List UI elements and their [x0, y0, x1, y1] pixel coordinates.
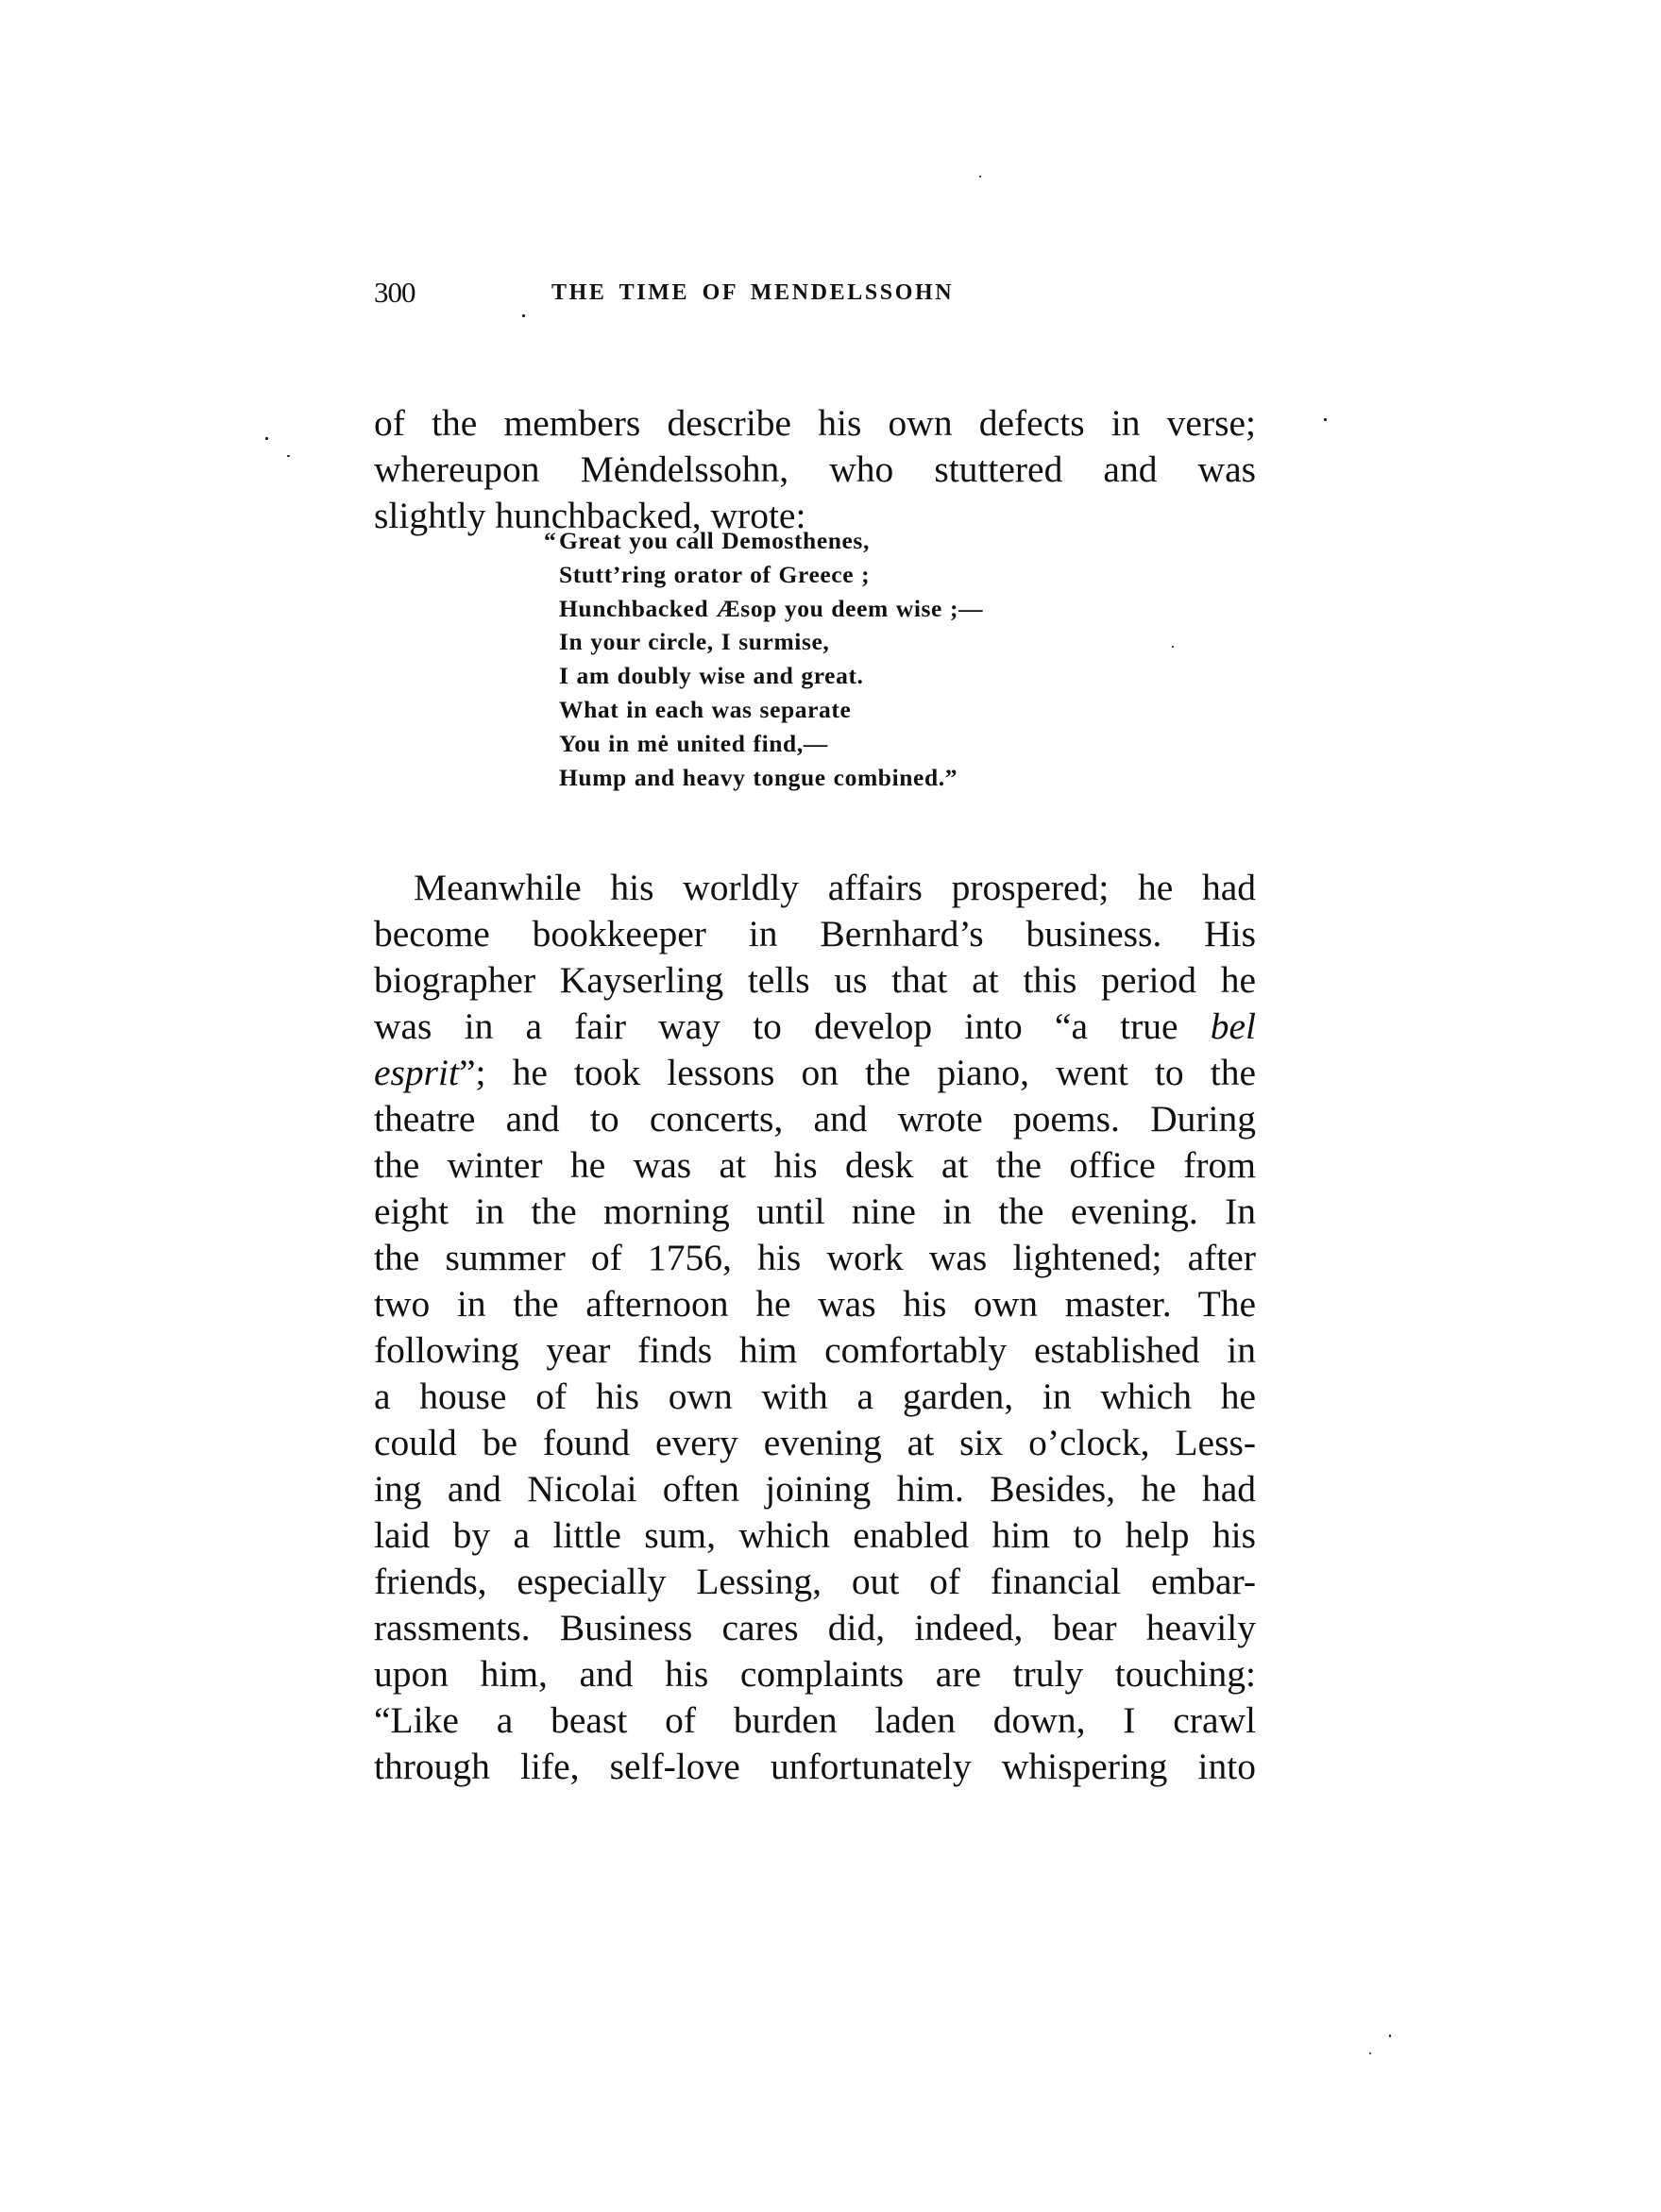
- text-line: whereupon Mėndelssohn, who stuttered and…: [374, 447, 1256, 493]
- opening-quote-mark: “: [544, 524, 556, 558]
- text-line: of the members describe his own defects …: [374, 400, 1256, 447]
- text-line: “Like a beast of burden laden down, I cr…: [374, 1697, 1256, 1744]
- italic-phrase: bel: [1211, 1005, 1256, 1047]
- text-line: esprit”; he took lessons on the piano, w…: [374, 1050, 1256, 1096]
- paragraph-continuation: of the members describe his own defects …: [374, 400, 1256, 539]
- scan-speck: [1389, 2035, 1391, 2037]
- text-line: two in the afternoon he was his own mast…: [374, 1281, 1256, 1327]
- poem-verse: Hump and heavy tongue combined.”: [559, 761, 983, 795]
- text-run: was in a fair way to develop into “a tru…: [374, 1005, 1211, 1047]
- scan-speck: [979, 176, 981, 177]
- poem-block: “ Great you call Demosthenes, Stutt’ring…: [559, 524, 983, 794]
- text-run: ”; he took lessons on the piano, went to…: [459, 1052, 1256, 1093]
- poem-verse: Great you call Demosthenes,: [559, 524, 983, 558]
- text-line: eight in the morning until nine in the e…: [374, 1189, 1256, 1235]
- text-line: laid by a little sum, which enabled him …: [374, 1512, 1256, 1559]
- text-line: was in a fair way to develop into “a tru…: [374, 1004, 1256, 1050]
- scan-speck: [1369, 2052, 1371, 2054]
- poem-verse: In your circle, I surmise,: [559, 625, 983, 659]
- text-line: the winter he was at his desk at the off…: [374, 1142, 1256, 1189]
- text-line: become bookkeeper in Bernhard’s business…: [374, 911, 1256, 957]
- italic-phrase: esprit: [374, 1052, 459, 1093]
- text-line: biographer Kayserling tells us that at t…: [374, 957, 1256, 1004]
- text-line: ing and Nicolai often joining him. Besid…: [374, 1466, 1256, 1512]
- running-title: THE TIME OF MENDELSSOHN: [551, 276, 954, 310]
- text-line: Meanwhile his worldly affairs prospered;…: [374, 865, 1256, 911]
- poem-verse: I am doubly wise and great.: [559, 659, 983, 693]
- poem-verse: What in each was separate: [559, 693, 983, 727]
- running-header: 300 THE TIME OF MENDELSSOHN: [374, 274, 1092, 312]
- book-page: 300 THE TIME OF MENDELSSOHN of the membe…: [0, 0, 1661, 2212]
- text-line: a house of his own with a garden, in whi…: [374, 1374, 1256, 1420]
- text-line: upon him, and his complaints are truly t…: [374, 1651, 1256, 1697]
- text-line: theatre and to concerts, and wrote poems…: [374, 1096, 1256, 1142]
- scan-speck: [265, 437, 268, 440]
- scan-speck: [1172, 646, 1174, 648]
- text-line: friends, especially Lessing, out of fina…: [374, 1559, 1256, 1605]
- text-line: rassments. Business cares did, indeed, b…: [374, 1605, 1256, 1651]
- text-line: could be found every evening at six o’cl…: [374, 1420, 1256, 1466]
- paragraph: Meanwhile his worldly affairs prospered;…: [374, 865, 1256, 1790]
- text-line: the summer of 1756, his work was lighten…: [374, 1235, 1256, 1281]
- poem-verse: You in mė united find,—: [559, 727, 983, 761]
- scan-speck: [1324, 418, 1327, 421]
- page-number: 300: [374, 274, 415, 312]
- scan-speck: [287, 455, 290, 457]
- poem-verse: Hunchbacked Æsop you deem wise ;—: [559, 592, 983, 626]
- text-line: through life, self-love unfortunately wh…: [374, 1744, 1256, 1790]
- poem-verse: Stutt’ring orator of Greece ;: [559, 558, 983, 592]
- text-line: following year finds him comfortably est…: [374, 1327, 1256, 1374]
- scan-speck: [522, 314, 525, 317]
